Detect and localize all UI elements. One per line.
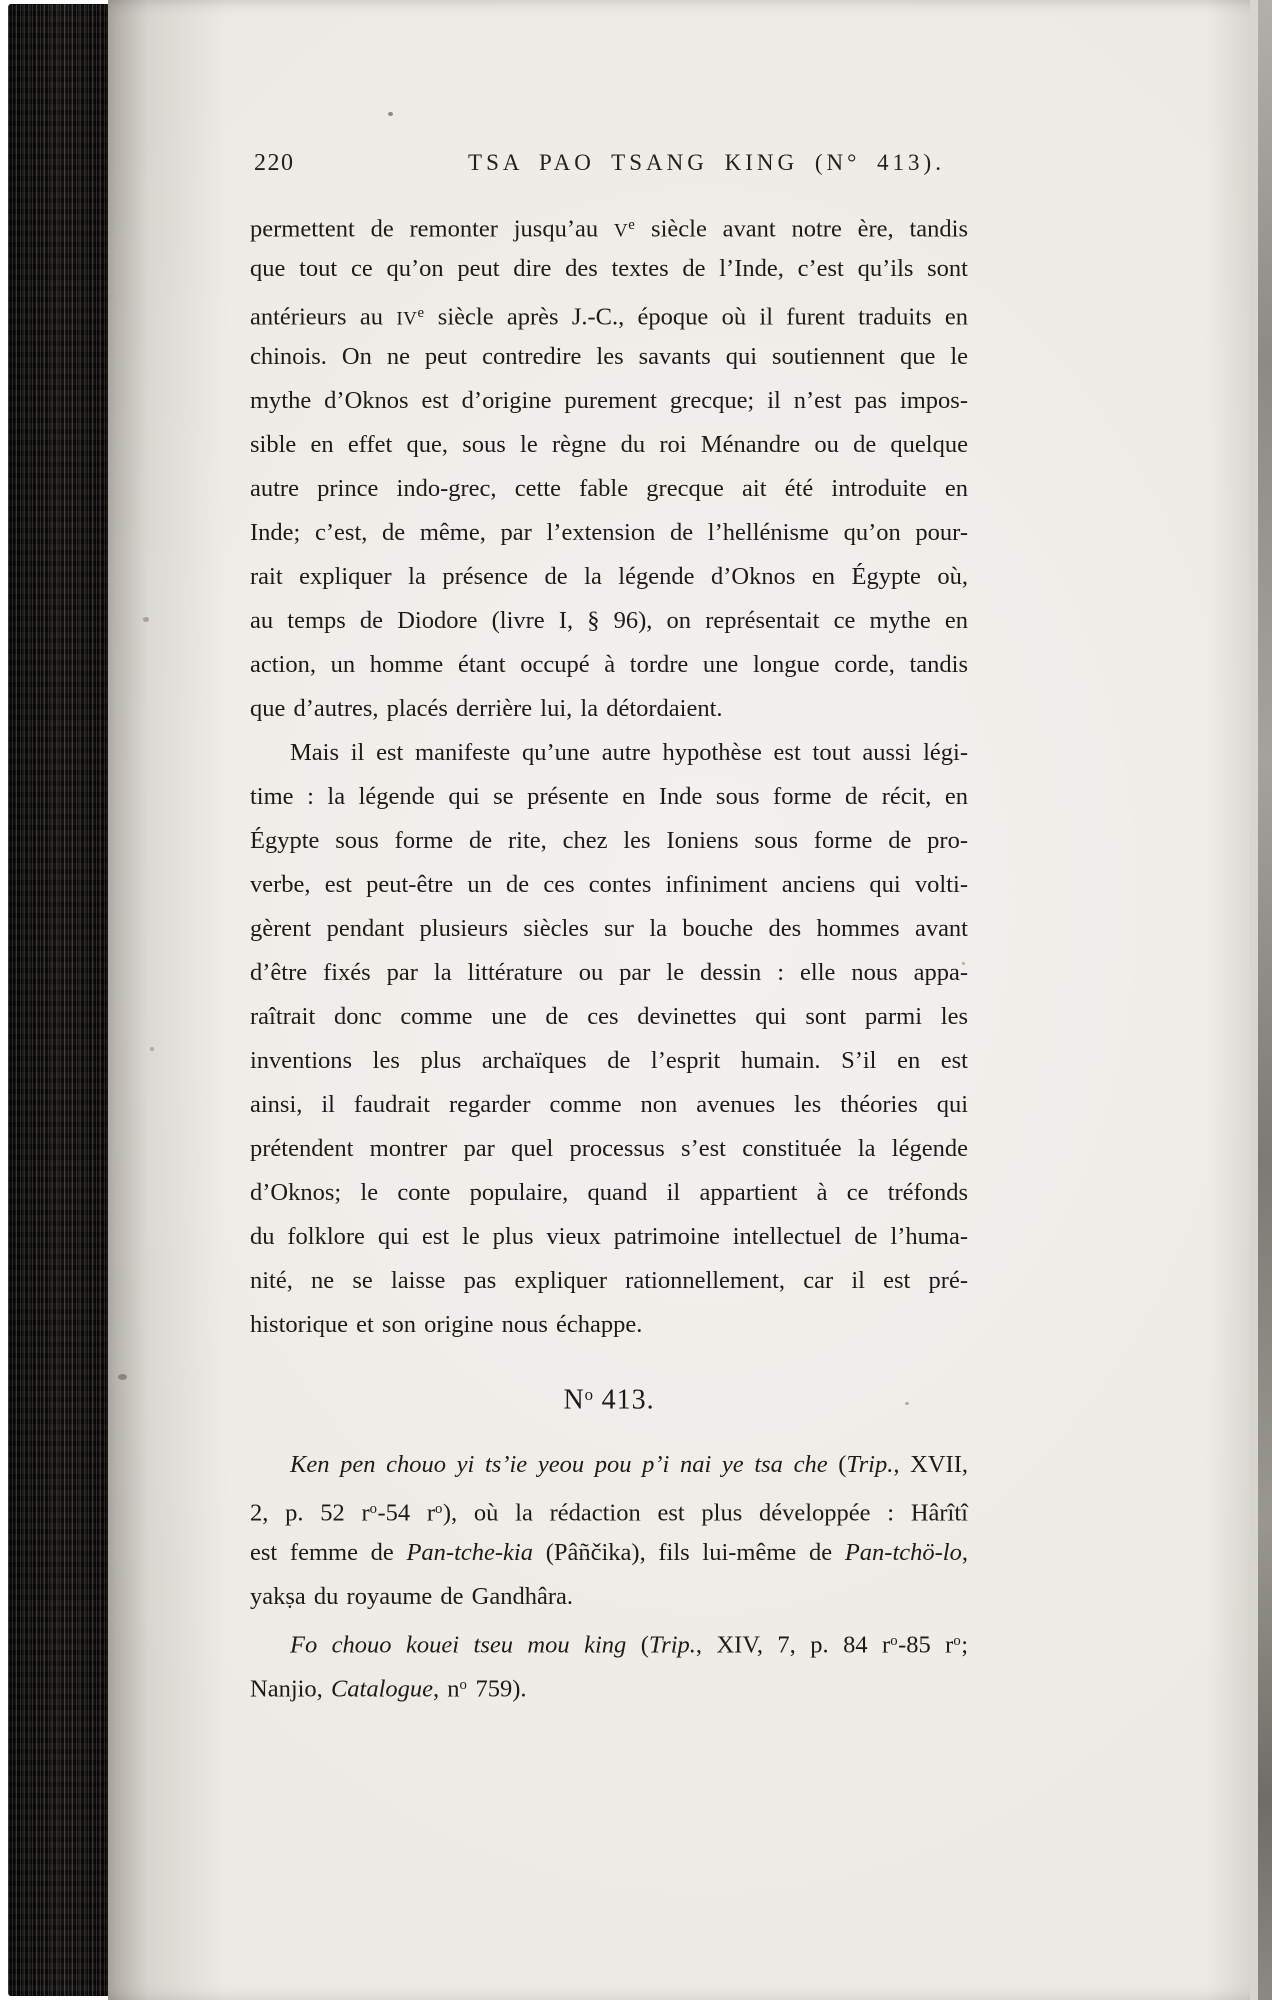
paragraph: Ken pen chouo yi ts’ie yeou pou p’i nai … xyxy=(250,1443,968,1619)
paper-speck xyxy=(143,617,149,622)
text-line: est femme de Pan-tche-kia (Pâñčika), fil… xyxy=(250,1531,968,1575)
text-segment: 2, p. 52 r xyxy=(250,1499,370,1526)
text-segment: Fo chouo kouei tseu mou king xyxy=(290,1631,626,1658)
scanned-book-page: 220 TSA PAO TSANG KING (N° 413). permett… xyxy=(0,0,1272,2000)
text-segment: inventions les plus archaïques de l’espr… xyxy=(250,1047,968,1074)
text-line: Inde; c’est, de même, par l’extension de… xyxy=(250,511,968,555)
text-line: Nanjio, Catalogue, no 759). xyxy=(250,1663,968,1707)
text-segment: que d’autres, placés derrière lui, la dé… xyxy=(250,695,723,722)
text-segment: autre prince indo-grec, cette fable grec… xyxy=(250,475,968,502)
text-segment: Pan-tchö-lo xyxy=(845,1539,962,1566)
text-segment: Mais il est manifeste qu’une autre hypot… xyxy=(290,739,968,766)
text-segment: chinois. On ne peut contredire les savan… xyxy=(250,343,968,370)
book-binding-edge xyxy=(8,4,108,1996)
text-segment: ( xyxy=(626,1631,649,1658)
text-segment: (Pâñčika), fils lui-même de xyxy=(533,1539,845,1566)
text-line: historique et son origine nous échappe. xyxy=(250,1303,968,1347)
text-line: autre prince indo-grec, cette fable grec… xyxy=(250,467,968,511)
text-segment: que tout ce qu’on peut dire des textes d… xyxy=(250,255,968,282)
text-segment: siècle après J.-C., époque où il furent … xyxy=(425,303,968,330)
paragraph: Fo chouo kouei tseu mou king (Trip., XIV… xyxy=(250,1619,968,1707)
text-line: yakṣa du royaume de Gandhâra. xyxy=(250,1575,968,1619)
text-segment: yakṣa du royaume de Gandhâra. xyxy=(250,1583,573,1610)
text-line: Mais il est manifeste qu’une autre hypot… xyxy=(250,731,968,775)
text-line: time : la légende qui se présente en Ind… xyxy=(250,775,968,819)
text-segment: , XIV, 7, p. 84 r xyxy=(696,1631,890,1658)
text-segment: 413. xyxy=(594,1384,655,1415)
text-line: verbe, est peut-être un de ces contes in… xyxy=(250,863,968,907)
text-segment: , XVII, xyxy=(893,1451,968,1478)
text-segment: 759). xyxy=(467,1675,526,1702)
text-segment: Inde; c’est, de même, par l’extension de… xyxy=(250,519,968,546)
text-segment: o xyxy=(435,1501,443,1517)
text-line: antérieurs au ive siècle après J.-C., ép… xyxy=(250,291,968,335)
text-segment: prétendent montrer par quel processus s’… xyxy=(250,1135,968,1162)
running-title: TSA PAO TSANG KING (N° 413). xyxy=(445,150,968,176)
text-segment: e xyxy=(417,305,424,321)
text-segment: -54 r xyxy=(377,1499,435,1526)
text-segment: est femme de xyxy=(250,1539,406,1566)
text-segment: -85 r xyxy=(898,1631,953,1658)
text-line: raîtrait donc comme une de ces devinette… xyxy=(250,995,968,1039)
text-segment: time : la légende qui se présente en Ind… xyxy=(250,783,968,810)
text-segment: du folklore qui est le plus vieux patrim… xyxy=(250,1223,968,1250)
text-segment: gèrent pendant plusieurs siècles sur la … xyxy=(250,915,968,942)
text-line: du folklore qui est le plus vieux patrim… xyxy=(250,1215,968,1259)
paragraph: permettent de remonter jusqu’au ve siècl… xyxy=(250,203,968,731)
text-segment: raîtrait donc comme une de ces devinette… xyxy=(250,1003,968,1030)
text-segment: Catalogue xyxy=(331,1675,433,1702)
text-line: action, un homme étant occupé à tordre u… xyxy=(250,643,968,687)
text-line: Fo chouo kouei tseu mou king (Trip., XIV… xyxy=(250,1619,968,1663)
text-segment: mythe d’Oknos est d’origine purement gre… xyxy=(250,387,968,414)
text-segment: Trip. xyxy=(649,1631,696,1658)
text-segment: , n xyxy=(433,1675,460,1702)
text-line: permettent de remonter jusqu’au ve siècl… xyxy=(250,203,968,247)
scanner-edge-dark xyxy=(1258,0,1272,2000)
text-line: rait expliquer la présence de la légende… xyxy=(250,555,968,599)
scanner-edge-light xyxy=(1250,0,1258,2000)
text-line: nité, ne se laisse pas expliquer rationn… xyxy=(250,1259,968,1303)
text-line: d’Oknos; le conte populaire, quand il ap… xyxy=(250,1171,968,1215)
text-segment: o xyxy=(585,1385,594,1404)
text-segment: v xyxy=(614,220,628,241)
text-column: 220 TSA PAO TSANG KING (N° 413). permett… xyxy=(250,150,968,1707)
text-segment: , xyxy=(962,1539,968,1566)
text-segment: d’être fixés par la littérature ou par l… xyxy=(250,959,968,986)
text-line: que d’autres, placés derrière lui, la dé… xyxy=(250,687,968,731)
text-line: inventions les plus archaïques de l’espr… xyxy=(250,1039,968,1083)
text-segment: verbe, est peut-être un de ces contes in… xyxy=(250,871,968,898)
text-line: d’être fixés par la littérature ou par l… xyxy=(250,951,968,995)
paper-speck xyxy=(388,112,393,116)
text-segment: Égypte sous forme de rite, chez les Ioni… xyxy=(250,827,968,854)
text-segment: rait expliquer la présence de la légende… xyxy=(250,563,968,590)
text-segment: d’Oknos; le conte populaire, quand il ap… xyxy=(250,1179,968,1206)
page-header: 220 TSA PAO TSANG KING (N° 413). xyxy=(250,150,968,181)
text-line: au temps de Diodore (livre I, § 96), on … xyxy=(250,599,968,643)
text-segment: au temps de Diodore (livre I, § 96), on … xyxy=(250,607,968,634)
text-segment: historique et son origine nous échappe. xyxy=(250,1311,642,1338)
text-segment: Ken pen chouo yi ts’ie yeou pou p’i nai … xyxy=(290,1451,828,1478)
paper-stain xyxy=(118,1374,127,1380)
text-segment: iv xyxy=(396,308,417,329)
text-segment: antérieurs au xyxy=(250,303,396,330)
text-segment: Nanjio, xyxy=(250,1675,331,1702)
section-heading: No 413. xyxy=(250,1373,968,1417)
text-line: chinois. On ne peut contredire les savan… xyxy=(250,335,968,379)
text-line: sible en effet que, sous le règne du roi… xyxy=(250,423,968,467)
text-segment: nité, ne se laisse pas expliquer rationn… xyxy=(250,1267,968,1294)
paragraph: Mais il est manifeste qu’une autre hypot… xyxy=(250,731,968,1347)
text-segment: Pan-tche-kia xyxy=(406,1539,533,1566)
text-line: prétendent montrer par quel processus s’… xyxy=(250,1127,968,1171)
text-line: Ken pen chouo yi ts’ie yeou pou p’i nai … xyxy=(250,1443,968,1487)
text-segment: o xyxy=(953,1633,961,1649)
text-segment: Trip. xyxy=(846,1451,893,1478)
text-line: Égypte sous forme de rite, chez les Ioni… xyxy=(250,819,968,863)
paper-speck xyxy=(150,1047,154,1051)
text-body: permettent de remonter jusqu’au ve siècl… xyxy=(250,203,968,1707)
text-line: que tout ce qu’on peut dire des textes d… xyxy=(250,247,968,291)
page-number: 220 xyxy=(254,150,295,177)
text-segment: ), où la rédaction est plus développée :… xyxy=(443,1499,968,1526)
text-segment: ; xyxy=(961,1631,968,1658)
text-segment: action, un homme étant occupé à tordre u… xyxy=(250,651,968,678)
text-segment: N xyxy=(563,1384,584,1415)
text-line: ainsi, il faudrait regarder comme non av… xyxy=(250,1083,968,1127)
text-segment: sible en effet que, sous le règne du roi… xyxy=(250,431,968,458)
text-line: mythe d’Oknos est d’origine purement gre… xyxy=(250,379,968,423)
text-segment: permettent de remonter jusqu’au xyxy=(250,215,614,242)
text-segment: siècle avant notre ère, tandis xyxy=(635,215,968,242)
text-segment: ainsi, il faudrait regarder comme non av… xyxy=(250,1091,968,1118)
text-segment: o xyxy=(890,1633,898,1649)
text-line: 2, p. 52 ro-54 ro), où la rédaction est … xyxy=(250,1487,968,1531)
text-segment: ( xyxy=(828,1451,847,1478)
text-line: gèrent pendant plusieurs siècles sur la … xyxy=(250,907,968,951)
